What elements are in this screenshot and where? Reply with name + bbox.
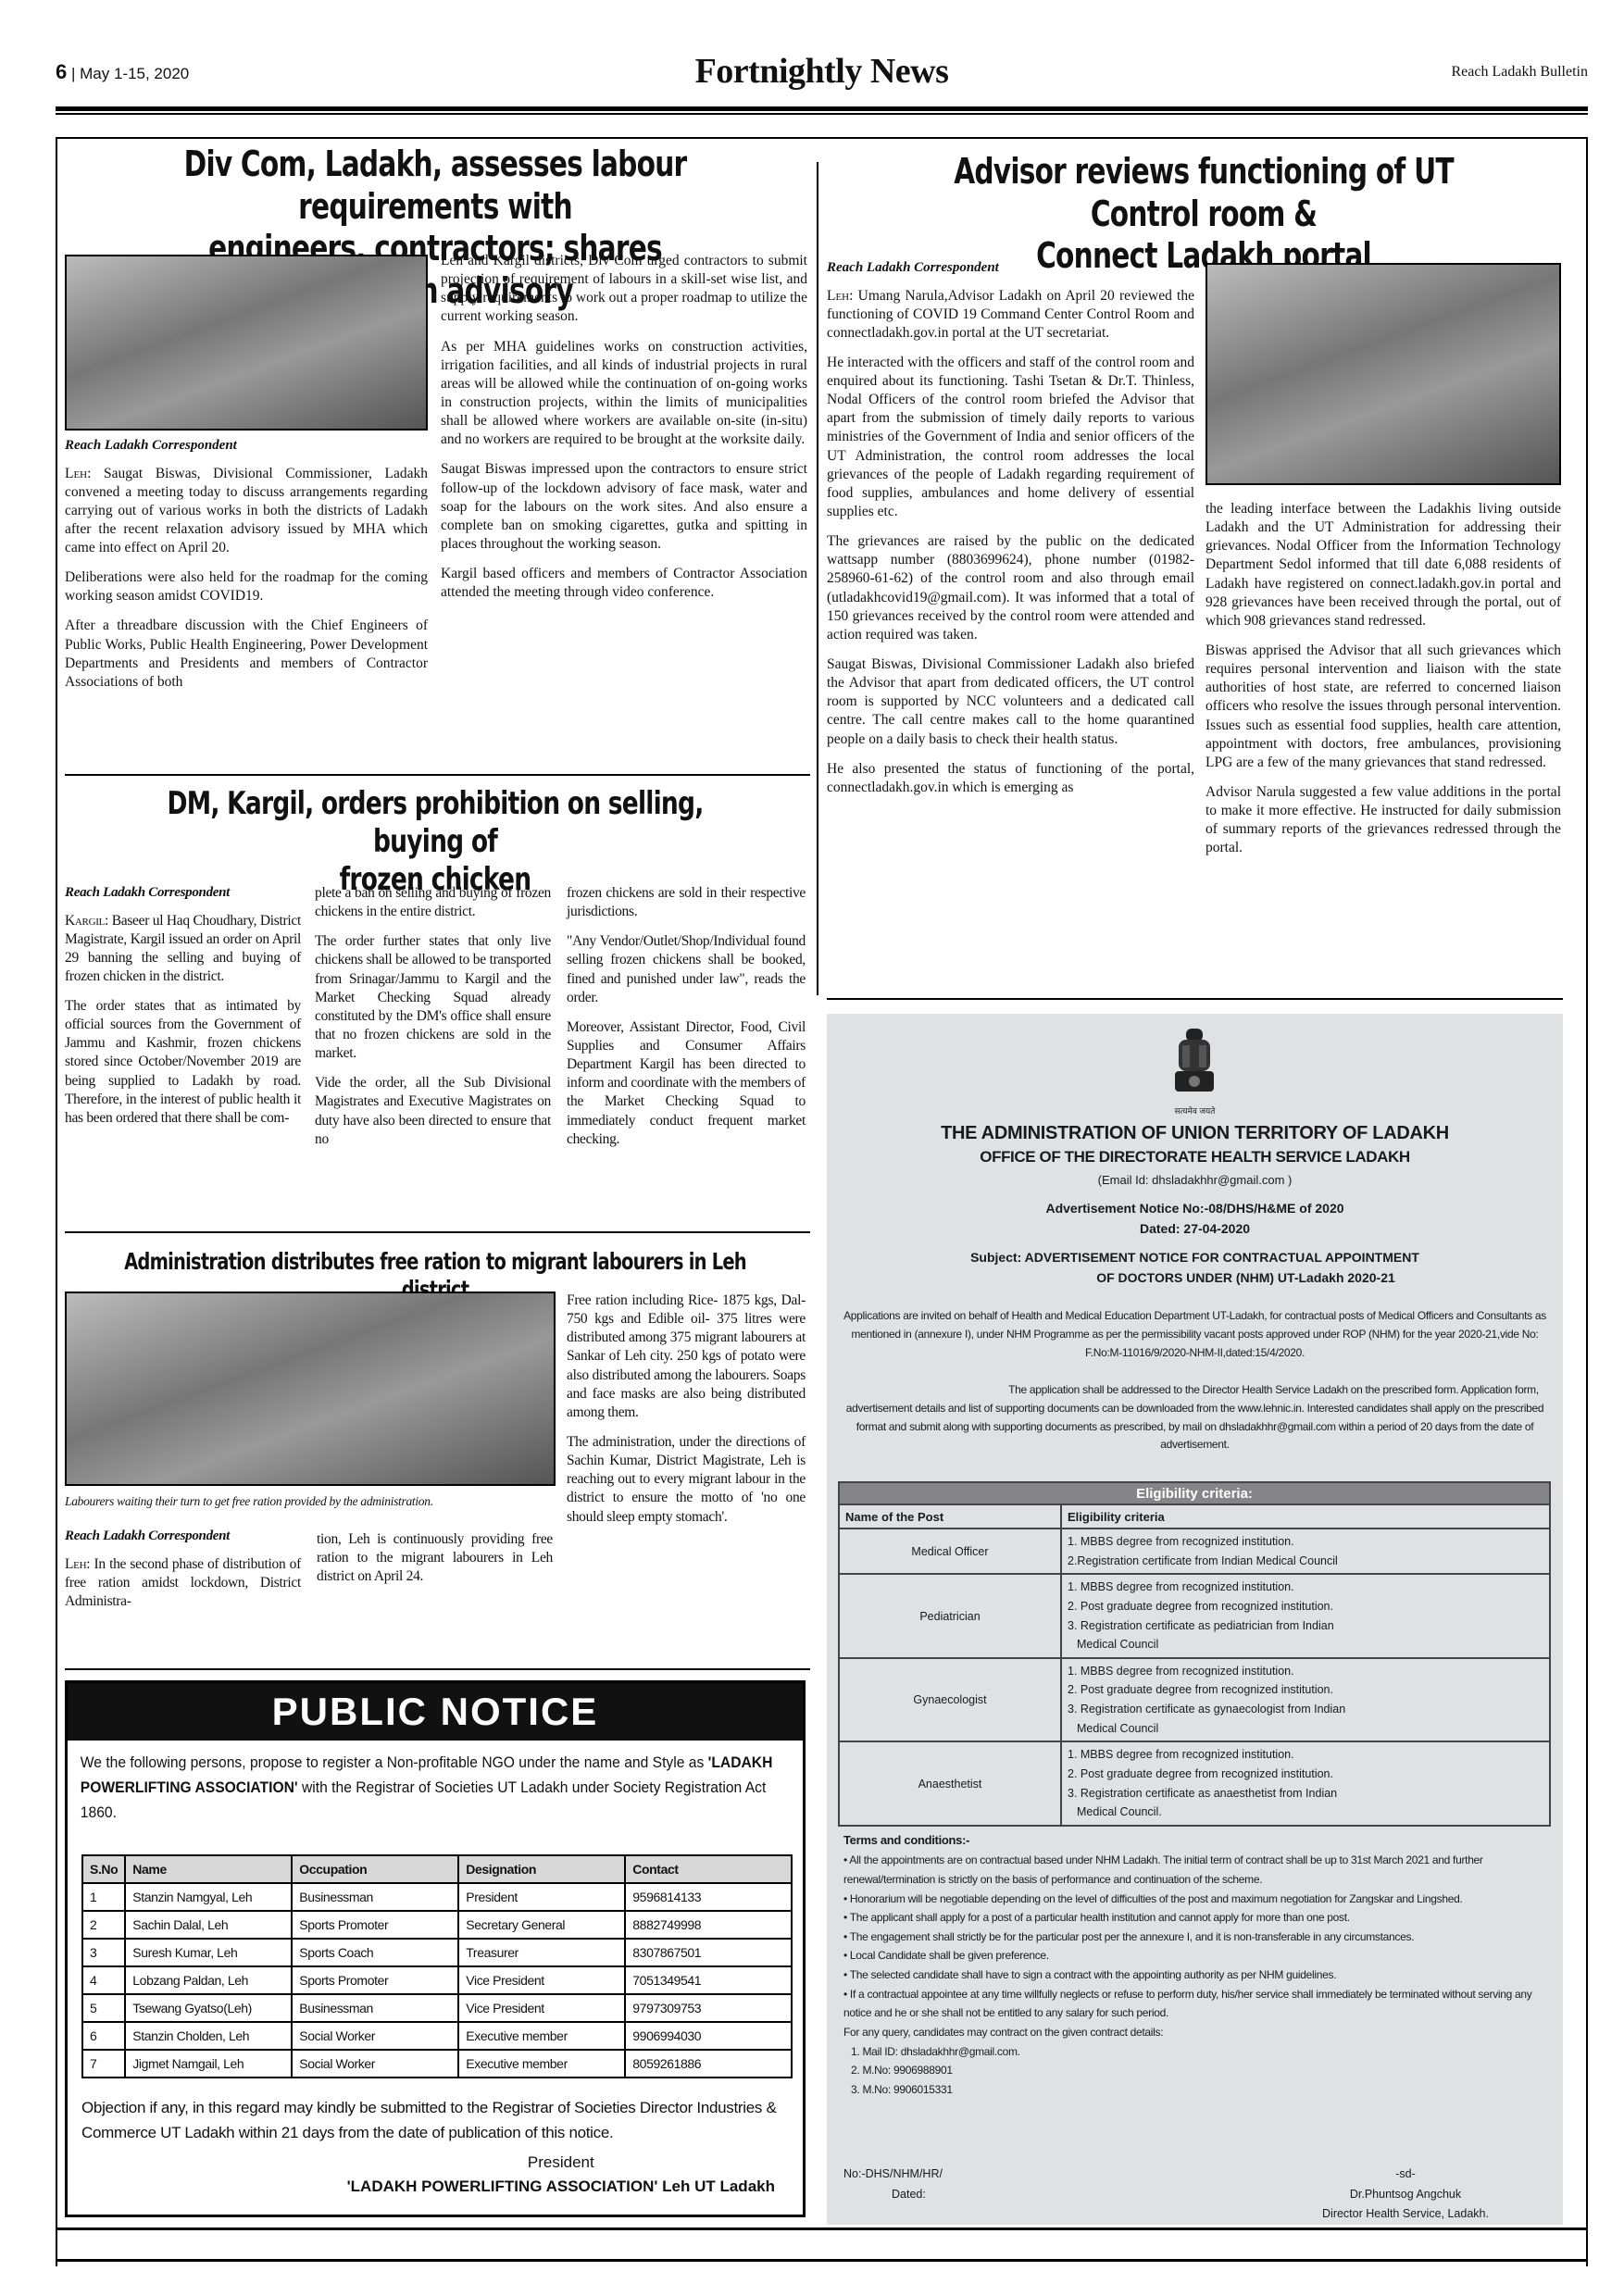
term-item: • Local Candidate shall be given prefere… [843, 1946, 1546, 1965]
table-row: Medical Officer 1. MBBS degree from reco… [839, 1529, 1550, 1574]
paragraph: frozen chickens are sold in their respec… [567, 884, 806, 921]
paragraph: tion, Leh is continuously providing free… [317, 1530, 553, 1586]
paragraph: Leh and Kargil districts, Div Com urged … [441, 252, 807, 327]
page-footer-rule [56, 2259, 1588, 2262]
post-name: Gynaecologist [839, 1658, 1061, 1742]
paragraph: The order states that as intimated by of… [65, 997, 301, 1128]
subject-line: Subject: ADVERTISEMENT NOTICE FOR CONTRA… [827, 1248, 1563, 1268]
cell-contact: 9797309753 [625, 1994, 792, 2022]
cell-occupation: Social Worker [292, 2050, 458, 2078]
cell-contact: 9906994030 [625, 2022, 792, 2050]
signatory-title: President [347, 2151, 775, 2175]
paragraph: plete a ban on selling and buying of fro… [315, 884, 551, 921]
criteria-item: 2. Post graduate degree from recognized … [1068, 1680, 1543, 1700]
signatory-title: Director Health Service, Ladakh. [1290, 2204, 1521, 2225]
masthead-rule [56, 106, 1588, 115]
byline: Reach Ladakh Correspondent [65, 884, 301, 903]
photo-caption: Labourers waiting their turn to get free… [65, 1494, 433, 1509]
criteria-item: Medical Council [1068, 1719, 1543, 1739]
criteria-list: 1. MBBS degree from recognized instituti… [1061, 1658, 1550, 1742]
term-item: • The engagement shall strictly be for t… [843, 1928, 1546, 1947]
cell-name: Suresh Kumar, Leh [125, 1939, 292, 1966]
post-name: Anaesthetist [839, 1741, 1061, 1826]
column-header: Eligibility criteria [1061, 1504, 1550, 1529]
director-signature: -sd- Dr.Phuntsog Angchuk Director Health… [1290, 2165, 1521, 2225]
contact-item: 3. M.No: 9906015331 [843, 2080, 1546, 2100]
cell-occupation: Sports Promoter [292, 1966, 458, 1994]
cell-sno: 2 [82, 1911, 125, 1939]
paragraph: The order further states that only live … [315, 932, 551, 1063]
terms-heading: Terms and conditions:- [843, 1830, 1546, 1851]
criteria-item: 1. MBBS degree from recognized instituti… [1068, 1745, 1543, 1765]
paragraph: Umang Narula,Advisor Ladakh on April 20 … [827, 288, 1194, 341]
paragraph: "Any Vendor/Outlet/Shop/Individual found… [567, 932, 806, 1007]
table-row: 2Sachin Dalal, LehSports PromoterSecreta… [82, 1911, 792, 1939]
signed-mark: -sd- [1290, 2165, 1521, 2185]
article-column: Free ration including Rice- 1875 kgs, Da… [567, 1291, 806, 1538]
article-column: Reach Ladakh Correspondent Leh: Umang Na… [827, 259, 1194, 808]
cell-occupation: Sports Coach [292, 1939, 458, 1966]
cell-designation: Treasurer [458, 1939, 625, 1966]
article-column: frozen chickens are sold in their respec… [567, 884, 806, 1160]
paragraph: He also presented the status of function… [827, 760, 1194, 797]
table-row: 7Jigmet Namgail, LehSocial WorkerExecuti… [82, 2050, 792, 2078]
cell-designation: Executive member [458, 2050, 625, 2078]
table-row: 4Lobzang Paldan, LehSports PromoterVice … [82, 1966, 792, 1994]
ration-distribution-photo [65, 1291, 556, 1486]
criteria-list: 1. MBBS degree from recognized instituti… [1061, 1574, 1550, 1658]
cell-designation: Vice President [458, 1994, 625, 2022]
table-row: 1Stanzin Namgyal, LehBusinessmanPresiden… [82, 1883, 792, 1911]
signatory-name: Dr.Phuntsog Angchuk [1290, 2185, 1521, 2205]
paragraph: The grievances are raised by the public … [827, 532, 1194, 644]
table-row: 5Tsewang Gyatso(Leh)BusinessmanVice Pres… [82, 1994, 792, 2022]
cell-name: Sachin Dalal, Leh [125, 1911, 292, 1939]
term-item: • If a contractual appointee at any time… [843, 1985, 1546, 2023]
paragraph: Saugat Biswas, Divisional Commissioner, … [65, 466, 428, 556]
article-divider [65, 1668, 810, 1670]
table-header-row: S.No Name Occupation Designation Contact [82, 1855, 792, 1883]
table-row: Gynaecologist 1. MBBS degree from recogn… [839, 1658, 1550, 1742]
publication-name: Reach Ladakh Bulletin [1451, 64, 1588, 81]
criteria-item: Medical Council [1068, 1635, 1543, 1654]
column-header: Occupation [292, 1855, 458, 1883]
paragraph: Saugat Biswas, Divisional Commissioner L… [827, 655, 1194, 749]
signature-block: President 'LADAKH POWERLIFTING ASSOCIATI… [347, 2151, 775, 2200]
criteria-item: 1. MBBS degree from recognized instituti… [1068, 1662, 1543, 1681]
paragraph: Free ration including Rice- 1875 kgs, Da… [567, 1291, 806, 1422]
eligibility-caption: Eligibility criteria: [839, 1482, 1550, 1504]
table-row: 6Stanzin Cholden, LehSocial WorkerExecut… [82, 2022, 792, 2050]
health-service-advertisement: सत्यमेव जयते THE ADMINISTRATION OF UNION… [827, 1014, 1563, 2225]
paragraph: Vide the order, all the Sub Divisional M… [315, 1074, 551, 1149]
subject-block: Subject: ADVERTISEMENT NOTICE FOR CONTRA… [827, 1248, 1563, 1288]
criteria-item: 1. MBBS degree from recognized instituti… [1068, 1532, 1543, 1552]
cell-sno: 3 [82, 1939, 125, 1966]
paragraph: In the second phase of distribution of f… [65, 1556, 301, 1609]
table-row: Pediatrician 1. MBBS degree from recogni… [839, 1574, 1550, 1658]
cell-contact: 8882749998 [625, 1911, 792, 1939]
members-table: S.No Name Occupation Designation Contact… [81, 1854, 793, 2078]
headline-line: Div Com, Ladakh, assesses labour require… [139, 143, 731, 228]
cell-sno: 6 [82, 2022, 125, 2050]
post-name: Medical Officer [839, 1529, 1061, 1574]
dateline: Leh: [65, 466, 91, 481]
article-divider [65, 774, 810, 776]
cell-designation: Executive member [458, 2022, 625, 2050]
cell-occupation: Social Worker [292, 2022, 458, 2050]
notice-date: Dated: 27-04-2020 [827, 1219, 1563, 1240]
paragraph: After a threadbare discussion with the C… [65, 617, 428, 692]
article-column: the leading interface between the Ladakh… [1206, 500, 1561, 869]
dateline: Leh: [65, 1556, 90, 1572]
term-item: • Honorarium will be negotiable dependin… [843, 1890, 1546, 1909]
term-item: • The selected candidate shall have to s… [843, 1965, 1546, 1985]
article-column: plete a ban on selling and buying of fro… [315, 884, 551, 1160]
column-header: Designation [458, 1855, 625, 1883]
table-row: 3Suresh Kumar, LehSports CoachTreasurer8… [82, 1939, 792, 1966]
cell-designation: Secretary General [458, 1911, 625, 1939]
criteria-item: 1. MBBS degree from recognized instituti… [1068, 1578, 1543, 1597]
paragraph: Deliberations were also held for the roa… [65, 568, 428, 605]
paragraph: the leading interface between the Ladakh… [1206, 500, 1561, 630]
query-line: For any query, candidates may contract o… [843, 2023, 1546, 2042]
meeting-photo [65, 255, 428, 430]
cell-occupation: Businessman [292, 1994, 458, 2022]
post-name: Pediatrician [839, 1574, 1061, 1658]
headline-line: DM, Kargil, orders prohibition on sellin… [139, 785, 731, 861]
dateline: Kargil: [65, 913, 108, 929]
paragraph: Kargil based officers and members of Con… [441, 565, 807, 602]
application-paragraph: The application shall be addressed to th… [843, 1381, 1546, 1454]
contact-email: (Email Id: dhsladakhhr@gmail.com ) [827, 1173, 1563, 1187]
directorate-heading: OFFICE OF THE DIRECTORATE HEALTH SERVICE… [827, 1148, 1563, 1167]
masthead: 6 | May 1-15, 2020 Fortnightly News Reac… [56, 51, 1588, 97]
cell-designation: President [458, 1883, 625, 1911]
cell-designation: Vice President [458, 1966, 625, 1994]
cell-sno: 5 [82, 1994, 125, 2022]
article-column: Leh and Kargil districts, Div Com urged … [441, 252, 807, 613]
byline: Reach Ladakh Correspondent [65, 1528, 301, 1546]
subject-line: OF DOCTORS UNDER (NHM) UT-Ladakh 2020-21 [827, 1268, 1563, 1289]
cell-name: Stanzin Cholden, Leh [125, 2022, 292, 2050]
public-notice: PUBLIC NOTICE We the following persons, … [65, 1680, 806, 2217]
article-column: tion, Leh is continuously providing free… [317, 1530, 553, 1597]
criteria-item: Medical Council. [1068, 1803, 1543, 1822]
section-title: Fortnightly News [56, 51, 1588, 92]
signatory-org: 'LADAKH POWERLIFTING ASSOCIATION' Leh UT… [347, 2175, 775, 2199]
emblem-motto: सत्यमेव जयते [827, 1104, 1563, 1117]
paragraph: Moreover, Assistant Director, Food, Civi… [567, 1018, 806, 1149]
headline-line: Advisor reviews functioning of UT Contro… [907, 151, 1500, 235]
article-column: Reach Ladakh Correspondent Kargil: Basee… [65, 884, 301, 1139]
cell-contact: 8307867501 [625, 1939, 792, 1966]
byline: Reach Ladakh Correspondent [65, 437, 428, 455]
criteria-item: 3. Registration certificate as gynaecolo… [1068, 1700, 1543, 1719]
article-headline: DM, Kargil, orders prohibition on sellin… [139, 785, 731, 898]
table-row: Anaesthetist 1. MBBS degree from recogni… [839, 1741, 1550, 1826]
paragraph: Biswas apprised the Advisor that all suc… [1206, 642, 1561, 772]
criteria-list: 1. MBBS degree from recognized instituti… [1061, 1529, 1550, 1574]
control-room-photo [1206, 263, 1561, 485]
paragraph: The administration, under the directions… [567, 1433, 806, 1527]
contact-item: 1. Mail ID: dhsladakhhr@gmail.com. [843, 2042, 1546, 2062]
column-divider [817, 162, 818, 995]
administration-heading: THE ADMINISTRATION OF UNION TERRITORY OF… [827, 1123, 1563, 1144]
contact-item: 2. M.No: 9906988901 [843, 2061, 1546, 2080]
criteria-item: 2.Registration certificate from Indian M… [1068, 1552, 1543, 1571]
application-paragraph: Applications are invited on behalf of He… [843, 1307, 1546, 1362]
article-divider [827, 998, 1563, 1000]
page-bottom-rule [56, 2227, 1588, 2230]
cell-name: Jigmet Namgail, Leh [125, 2050, 292, 2078]
cell-contact: 9596814133 [625, 1883, 792, 1911]
paragraph: Advisor Narula suggested a few value add… [1206, 783, 1561, 858]
public-notice-intro: We the following persons, propose to reg… [68, 1741, 798, 1835]
criteria-item: 2. Post graduate degree from recognized … [1068, 1597, 1543, 1616]
cell-occupation: Sports Promoter [292, 1911, 458, 1939]
cell-name: Stanzin Namgyal, Leh [125, 1883, 292, 1911]
reference-number: No:-DHS/NHM/HR/ [843, 2165, 943, 2185]
column-header: Name of the Post [839, 1504, 1061, 1529]
notice-number-block: Advertisement Notice No:-08/DHS/H&ME of … [827, 1199, 1563, 1239]
article-column: Reach Ladakh Correspondent Leh: In the s… [65, 1528, 301, 1622]
cell-sno: 1 [82, 1883, 125, 1911]
byline: Reach Ladakh Correspondent [827, 259, 1194, 278]
criteria-item: 3. Registration certificate as anaesthet… [1068, 1784, 1543, 1803]
cell-sno: 4 [82, 1966, 125, 1994]
public-notice-title: PUBLIC NOTICE [68, 1683, 803, 1741]
paragraph: Saugat Biswas impressed upon the contrac… [441, 460, 807, 554]
paragraph: He interacted with the officers and staf… [827, 354, 1194, 521]
term-item: • The applicant shall apply for a post o… [843, 1908, 1546, 1928]
reference-date: Dated: [843, 2185, 943, 2205]
paragraph: As per MHA guidelines works on construct… [441, 338, 807, 450]
term-item: • All the appointments are on contractua… [843, 1851, 1546, 1889]
reference-block: No:-DHS/NHM/HR/ Dated: [843, 2165, 943, 2204]
table-header-row: Name of the Post Eligibility criteria [839, 1504, 1550, 1529]
column-header: Name [125, 1855, 292, 1883]
cell-contact: 8059261886 [625, 2050, 792, 2078]
column-header: S.No [82, 1855, 125, 1883]
article-divider [65, 1231, 810, 1233]
intro-text: We the following persons, propose to reg… [81, 1753, 708, 1771]
column-header: Contact [625, 1855, 792, 1883]
terms-and-conditions: Terms and conditions:- • All the appoint… [843, 1830, 1546, 2099]
article-column: Reach Ladakh Correspondent Leh: Saugat B… [65, 437, 428, 703]
notice-number: Advertisement Notice No:-08/DHS/H&ME of … [827, 1199, 1563, 1219]
cell-name: Tsewang Gyatso(Leh) [125, 1994, 292, 2022]
eligibility-table: Eligibility criteria: Name of the Post E… [838, 1481, 1551, 1827]
cell-contact: 7051349541 [625, 1966, 792, 1994]
criteria-item: 3. Registration certificate as pediatric… [1068, 1616, 1543, 1636]
dateline: Leh: [827, 288, 853, 304]
criteria-item: 2. Post graduate degree from recognized … [1068, 1765, 1543, 1784]
criteria-list: 1. MBBS degree from recognized instituti… [1061, 1741, 1550, 1826]
cell-name: Lobzang Paldan, Leh [125, 1966, 292, 1994]
objection-text: Objection if any, in this regard may kin… [81, 2095, 803, 2145]
cell-sno: 7 [82, 2050, 125, 2078]
national-emblem-icon [1168, 1025, 1221, 1103]
cell-occupation: Businessman [292, 1883, 458, 1911]
